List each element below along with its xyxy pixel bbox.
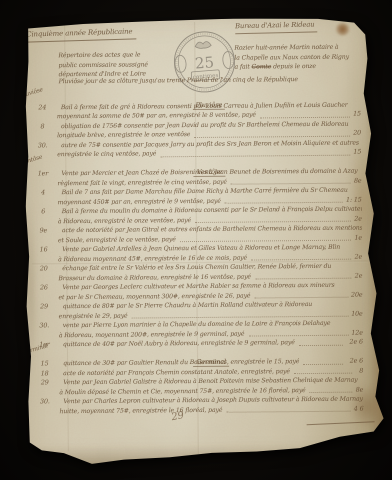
entry-day: 24 bbox=[32, 103, 53, 113]
entry-day: 1er bbox=[32, 169, 53, 179]
entry-amount: 12e bbox=[351, 328, 363, 338]
entry-amount: 15 bbox=[353, 110, 361, 120]
leader-dots bbox=[260, 115, 350, 118]
leader-dots bbox=[310, 391, 353, 393]
entries-body: PluviôsePluviôse24Bail à ferme fait de g… bbox=[57, 91, 364, 417]
leader-dots bbox=[255, 277, 352, 280]
entry-amount: 10e bbox=[351, 309, 363, 319]
entry-amount: 2e bbox=[355, 271, 363, 281]
intro-right-line-part: a fait bbox=[234, 64, 251, 71]
entry-amount: 2e 6 bbox=[346, 357, 363, 367]
entry-day: 9e bbox=[33, 226, 54, 236]
intro-right-line-part: Comte bbox=[251, 63, 271, 70]
entry-amount: 1: 15 bbox=[346, 195, 362, 205]
entry-day: 30. bbox=[34, 321, 55, 331]
leader-dots bbox=[294, 372, 352, 375]
paraph-mark: 29 bbox=[171, 411, 185, 423]
entry-day: 30. bbox=[32, 141, 53, 151]
leader-dots bbox=[299, 343, 343, 345]
entry-day: 4 bbox=[33, 188, 54, 198]
intro-right-block: Rozier huit-année Martin notaire àla Cha… bbox=[234, 43, 360, 73]
header-bureau: Bureau d'Azai le Rideau bbox=[235, 20, 318, 33]
leader-dots bbox=[251, 258, 352, 261]
entry-amount: 2e bbox=[354, 214, 362, 224]
entry-text: enregistrée le 29, payé bbox=[59, 311, 128, 321]
leader-dots bbox=[254, 296, 348, 299]
entry-day: 8 bbox=[32, 122, 53, 132]
entry-day: 18 bbox=[34, 369, 55, 379]
leader-dots bbox=[248, 334, 348, 337]
entry-amount: 1e bbox=[354, 233, 362, 243]
entry-amount: 4 6 bbox=[354, 404, 364, 414]
entry-day: 30. bbox=[34, 397, 55, 407]
intro-right-line-part: depuis le onze bbox=[271, 63, 316, 70]
entry-text: huitte, moyennant 75#, enregistrée le 16… bbox=[59, 405, 222, 416]
leader-dots bbox=[231, 182, 351, 185]
entry-day: 20 bbox=[33, 264, 54, 274]
leader-dots bbox=[160, 153, 350, 157]
entry-day: 16 bbox=[33, 245, 54, 255]
entry-amount: 20 bbox=[353, 129, 361, 139]
leader-dots bbox=[180, 239, 352, 242]
leader-dots bbox=[194, 134, 350, 137]
entry-amount: 15 bbox=[353, 148, 361, 158]
manuscript-page: Cinquième année Républicaine Bureau d'Az… bbox=[0, 0, 392, 480]
entry-amount: 2e bbox=[355, 252, 363, 262]
leader-dots bbox=[226, 410, 350, 413]
entry-amount: 8e bbox=[354, 176, 362, 186]
entry-amount: 8 bbox=[355, 366, 363, 376]
entry-day: 29 bbox=[34, 302, 55, 312]
entry-amount: 8e bbox=[356, 385, 364, 395]
intro-right-line: la Chapelle aux Naux canton de Rigny bbox=[234, 52, 360, 63]
scan-background: Cinquième année Républicaine Bureau d'Az… bbox=[0, 0, 392, 480]
entry-day: 29 bbox=[34, 378, 55, 388]
entry-amount: 2e 6 bbox=[345, 338, 362, 348]
intro-right-line: a fait Comte depuis le onze bbox=[234, 62, 360, 73]
stain-top-right bbox=[335, 23, 350, 36]
leader-dots bbox=[195, 220, 351, 223]
entry-row: 30.Vente par Charles Lepron cultivateur … bbox=[59, 395, 363, 417]
torn-edge-bottom bbox=[28, 442, 382, 469]
entry-day: 26 bbox=[33, 283, 54, 293]
entry-day: 15 bbox=[34, 359, 55, 369]
leader-dots bbox=[225, 201, 343, 204]
paper-shadow: Cinquième année Républicaine Bureau d'Az… bbox=[0, 0, 392, 480]
leader-dots bbox=[303, 362, 342, 364]
entry-day: 6 bbox=[33, 207, 54, 217]
entry-amount: 20e bbox=[351, 290, 363, 300]
stamp-eagle-emblem bbox=[195, 41, 211, 49]
